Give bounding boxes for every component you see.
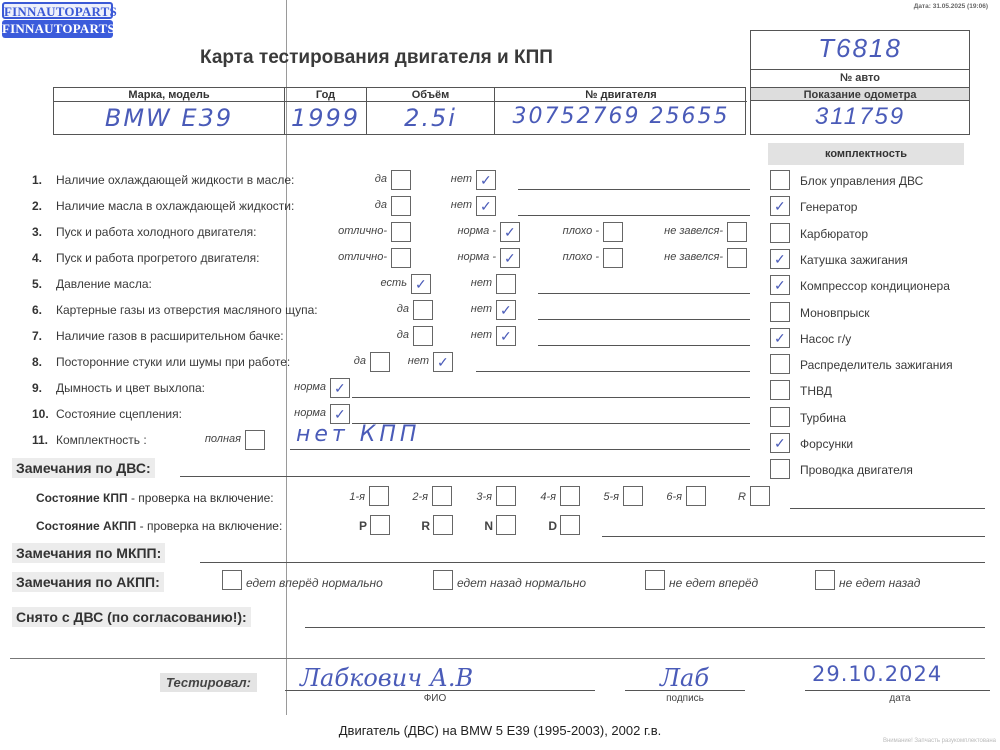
komplektnost-label: Форсунки [800,437,853,451]
answer-line[interactable] [476,371,750,372]
question-text: Картерные газы из отверстия масляного щу… [56,303,318,317]
name-caption: ФИО [410,693,460,704]
komplektnost-checkbox[interactable] [770,223,790,243]
komplektnost-checkbox[interactable] [770,302,790,322]
checklist-row: 11.Комплектность :полнаянет КПП [0,430,760,452]
akpp-remark-option-label: едет назад нормально [457,576,586,590]
answer-line[interactable] [518,215,750,216]
komplektnost-checkbox[interactable]: ✓ [770,249,790,269]
tester-name-value: Лабкович А.В [300,664,473,692]
question-text: Наличие масла в охлаждающей жидкости: [56,199,294,213]
komplektnost-checkbox[interactable] [770,354,790,374]
gear-checkbox[interactable] [369,486,389,506]
option-label: нет [408,355,429,367]
remarks-akpp-label: Замечания по АКПП: [12,572,164,592]
gear-label: 2-я [412,491,428,503]
option-checkbox[interactable] [391,170,411,190]
check-mark-icon: ✓ [415,276,427,292]
check-mark-icon: ✓ [334,380,346,396]
make-model-cell: Марка, модель BMW E39 [54,88,285,134]
tested-by-label: Тестировал: [160,673,257,692]
answer-line[interactable] [538,319,750,320]
kpp-check-label-bold: Состояние КПП [36,491,128,505]
check-mark-icon: ✓ [480,198,492,214]
remarks-mkpp-label: Замечания по МКПП: [12,543,165,563]
akpp-position-label: D [548,519,557,533]
komplektnost-item[interactable]: ✓Форсунки [770,433,990,455]
question-number: 9. [32,381,42,395]
akpp-remark-checkbox[interactable] [815,570,835,590]
option-checkbox[interactable]: ✓ [411,274,431,294]
option-checkbox[interactable] [391,248,411,268]
volume-value: 2.5i [367,104,494,132]
checklist-row: 3.Пуск и работа холодного двигателя:отли… [0,222,760,244]
remarks-engine-line[interactable] [180,476,750,477]
option-label: нет [451,199,472,211]
gear-checkbox[interactable] [750,486,770,506]
option-checkbox[interactable] [245,430,265,450]
komplektnost-item[interactable]: Распределитель зажигания [770,354,990,376]
akpp-position-label: P [359,519,367,533]
logo-bottom: FINNAUTOPARTS [2,20,113,38]
gear-label: 4-я [540,491,556,503]
gear-label: R [738,491,746,503]
option-label: есть [381,277,407,289]
komplektnost-checkbox[interactable] [770,380,790,400]
make-model-label: Марка, модель [54,88,284,102]
gear-checkbox[interactable] [560,486,580,506]
akpp-remark-checkbox[interactable] [222,570,242,590]
signature-value: Лаб [660,664,709,692]
check-mark-icon: ✓ [334,406,346,422]
komplektnost-checkbox[interactable]: ✓ [770,433,790,453]
option-label: норма - [457,225,496,237]
komplektnost-label: Распределитель зажигания [800,358,953,372]
akpp-check-label-bold: Состояние АКПП [36,519,136,533]
question-number: 4. [32,251,42,265]
check-mark-icon: ✓ [500,302,512,318]
check-mark-icon: ✓ [437,354,449,370]
komplektnost-label: ТНВД [800,384,832,398]
logo-top: FINNAUTOPARTS [2,2,113,19]
question-number: 5. [32,277,42,291]
kpp-check-label: Состояние КПП - проверка на включение: [36,491,274,505]
checklist-row: 7.Наличие газов в расширительном бачке:д… [0,326,760,348]
volume-label: Объём [367,88,494,102]
notice-watermark: Внимание! Запчасть разукомплектована [883,738,996,744]
date-caption: дата [870,693,930,704]
option-checkbox[interactable] [413,326,433,346]
option-checkbox[interactable] [391,222,411,242]
car-number-odometer-box: T6818 № авто Показание одометра 311759 [750,30,970,135]
year-cell: Год 1999 [285,88,367,134]
akpp-check-label-rest: - проверка на включение: [136,519,282,533]
volume-cell: Объём 2.5i [367,88,495,134]
komplektnost-checkbox[interactable]: ✓ [770,275,790,295]
komplektnost-item[interactable]: Блок управления ДВС [770,170,990,192]
gear-checkbox[interactable] [623,486,643,506]
option-checkbox[interactable] [603,248,623,268]
question-number: 11. [32,433,48,447]
option-label: да [375,199,387,211]
option-checkbox[interactable] [727,222,747,242]
option-checkbox[interactable]: ✓ [476,196,496,216]
question-number: 10. [32,407,49,421]
akpp-position-label: N [484,519,493,533]
komplektnost-label: Компрессор кондиционера [800,279,950,293]
checklist-row: 8.Посторонние стуки или шумы при работе:… [0,352,760,374]
checklist-row: 4.Пуск и работа прогретого двигателя:отл… [0,248,760,270]
komplektnost-item[interactable]: Проводка двигателя [770,459,990,481]
komplektnost-label: Моновпрыск [800,306,870,320]
akpp-remark-option-label: не едет назад [839,576,920,590]
komplektnost-label: Карбюратор [800,227,868,241]
option-label: да [397,303,409,315]
akpp-remark-line[interactable] [602,536,985,537]
komplektnost-checkbox[interactable] [770,407,790,427]
gear-label: 1-я [349,491,365,503]
komplektnost-label: Проводка двигателя [800,463,913,477]
name-line[interactable] [285,690,595,691]
option-checkbox[interactable]: ✓ [496,300,516,320]
odometer-value: 311759 [751,103,969,131]
akpp-remark-option-label: не едет вперёд [669,576,758,590]
gear-label: 3-я [476,491,492,503]
akpp-position-label: R [421,519,430,533]
option-label: норма [294,407,326,419]
option-checkbox[interactable]: ✓ [330,404,350,424]
question-text: Пуск и работа прогретого двигателя: [56,251,260,265]
gear-checkbox[interactable] [432,486,452,506]
option-checkbox[interactable] [727,248,747,268]
check-mark-icon: ✓ [774,198,786,214]
date-value: 29.10.2024 [812,662,942,686]
answer-line[interactable] [518,189,750,190]
odometer-label: Показание одометра [751,87,969,101]
checklist-row: 1.Наличие охлаждающей жидкости в масле:д… [0,170,760,192]
year-value: 1999 [285,104,366,132]
check-mark-icon: ✓ [504,250,516,266]
photo-caption: Двигатель (ДВС) на BMW 5 E39 (1995-2003)… [0,723,1000,738]
option-checkbox[interactable]: ✓ [476,170,496,190]
komplektnost-item[interactable]: ✓Компрессор кондиционера [770,275,990,297]
option-checkbox[interactable]: ✓ [433,352,453,372]
question-text: Состояние сцепления: [56,407,182,421]
check-mark-icon: ✓ [500,328,512,344]
checklist-row: 5.Давление масла:есть✓нет [0,274,760,296]
akpp-check-label: Состояние АКПП - проверка на включение: [36,519,282,533]
check-mark-icon: ✓ [774,435,786,451]
option-label: отлично- [338,225,387,237]
answer-line[interactable] [538,345,750,346]
option-checkbox[interactable]: ✓ [500,222,520,242]
option-checkbox[interactable] [391,196,411,216]
option-label: плохо - [563,251,599,263]
komplektnost-checkbox[interactable] [770,459,790,479]
option-label: да [354,355,366,367]
car-number-label: № авто [751,69,969,85]
option-checkbox[interactable] [370,352,390,372]
question-text: Давление масла: [56,277,152,291]
removed-line[interactable] [305,627,985,628]
komplektnost-label: Насос г/у [800,332,851,346]
answer-line[interactable] [352,397,750,398]
remarks-engine-label: Замечания по ДВС: [12,458,155,478]
car-number-value: T6818 [751,33,969,64]
question-text: Посторонние стуки или шумы при работе: [56,355,290,369]
answer-line[interactable] [290,449,750,450]
date-line[interactable] [805,690,990,691]
komplektnost-checkbox[interactable] [770,170,790,190]
remarks-mkpp-line[interactable] [200,562,985,563]
answer-line[interactable] [538,293,750,294]
akpp-remark-checkbox[interactable] [433,570,453,590]
kpp-check-label-rest: - проверка на включение: [128,491,274,505]
question-number: 8. [32,355,42,369]
vehicle-header-table: Марка, модель BMW E39 Год 1999 Объём 2.5… [53,87,746,135]
checklist-row: 2.Наличие масла в охлаждающей жидкости:д… [0,196,760,218]
check-mark-icon: ✓ [504,224,516,240]
komplektnost-item[interactable]: ✓Генератор [770,196,990,218]
engine-number-label: № двигателя [495,88,747,102]
komplektnost-checkbox[interactable]: ✓ [770,328,790,348]
removed-label: Снято с ДВС (по согласованию!): [12,607,251,627]
komplektnost-label: Генератор [800,200,857,214]
komplektnost-label: Блок управления ДВС [800,174,923,188]
signature-caption: подпись [655,693,715,704]
akpp-position-checkbox[interactable] [560,515,580,535]
komplektnost-item[interactable]: ✓Катушка зажигания [770,249,990,271]
kpp-remark-line[interactable] [790,508,985,509]
engine-number-value: 30752769 25655 [495,104,747,129]
komplektnost-item[interactable]: Моновпрыск [770,302,990,324]
option-label: нет [451,173,472,185]
option-label: плохо - [563,225,599,237]
gear-label: 6-я [666,491,682,503]
komplektnost-item[interactable]: Турбина [770,407,990,429]
option-checkbox[interactable]: ✓ [500,248,520,268]
question-number: 2. [32,199,42,213]
question-text: Наличие охлаждающей жидкости в масле: [56,173,294,187]
option-label: отлично- [338,251,387,263]
option-label: нет [471,303,492,315]
akpp-position-checkbox[interactable] [496,515,516,535]
komplektnost-checkbox[interactable]: ✓ [770,196,790,216]
komplektnost-item[interactable]: Карбюратор [770,223,990,245]
option-checkbox[interactable] [496,274,516,294]
option-label: нет [471,329,492,341]
form-title: Карта тестирования двигателя и КПП [200,47,553,69]
question-text: Наличие газов в расширительном бачке: [56,329,284,343]
komplektnost-item[interactable]: ✓Насос г/у [770,328,990,350]
option-checkbox[interactable]: ✓ [496,326,516,346]
separator-line [10,658,985,659]
akpp-position-checkbox[interactable] [433,515,453,535]
option-checkbox[interactable] [413,300,433,320]
akpp-remark-checkbox[interactable] [645,570,665,590]
make-model-value: BMW E39 [54,104,284,132]
option-label: норма - [457,251,496,263]
komplektnost-item[interactable]: ТНВД [770,380,990,402]
year-label: Год [285,88,366,102]
option-label: не завелся- [664,225,723,237]
checklist-row: 6.Картерные газы из отверстия масляного … [0,300,760,322]
check-mark-icon: ✓ [774,277,786,293]
gear-checkbox[interactable] [686,486,706,506]
akpp-position-checkbox[interactable] [370,515,390,535]
akpp-remark-option-label: едет вперёд нормально [246,576,383,590]
option-label: нет [471,277,492,289]
check-mark-icon: ✓ [774,251,786,267]
option-label: норма [294,381,326,393]
question-number: 3. [32,225,42,239]
question-number: 6. [32,303,42,317]
question-number: 7. [32,329,42,343]
option-label: да [397,329,409,341]
question-text: Комплектность : [56,433,147,447]
question-text: Пуск и работа холодного двигателя: [56,225,256,239]
komplektnost-label: Турбина [800,411,846,425]
komplektnost-header: комплектность [768,143,964,165]
komplektnost-label: Катушка зажигания [800,253,908,267]
question-number: 1. [32,173,42,187]
option-label: да [375,173,387,185]
check-mark-icon: ✓ [774,330,786,346]
option-checkbox[interactable]: ✓ [330,378,350,398]
question-text: Дымность и цвет выхлопа: [56,381,205,395]
completeness-note: нет КПП [296,422,420,447]
option-label: полная [205,433,241,445]
date-stamp: Дата: 31.05.2025 (19:06) [914,3,988,10]
gear-checkbox[interactable] [496,486,516,506]
option-label: не завелся- [664,251,723,263]
signature-line[interactable] [625,690,745,691]
engine-number-cell: № двигателя 30752769 25655 [495,88,747,134]
check-mark-icon: ✓ [480,172,492,188]
gear-label: 5-я [603,491,619,503]
option-checkbox[interactable] [603,222,623,242]
checklist-row: 9.Дымность и цвет выхлопа:норма✓ [0,378,760,400]
